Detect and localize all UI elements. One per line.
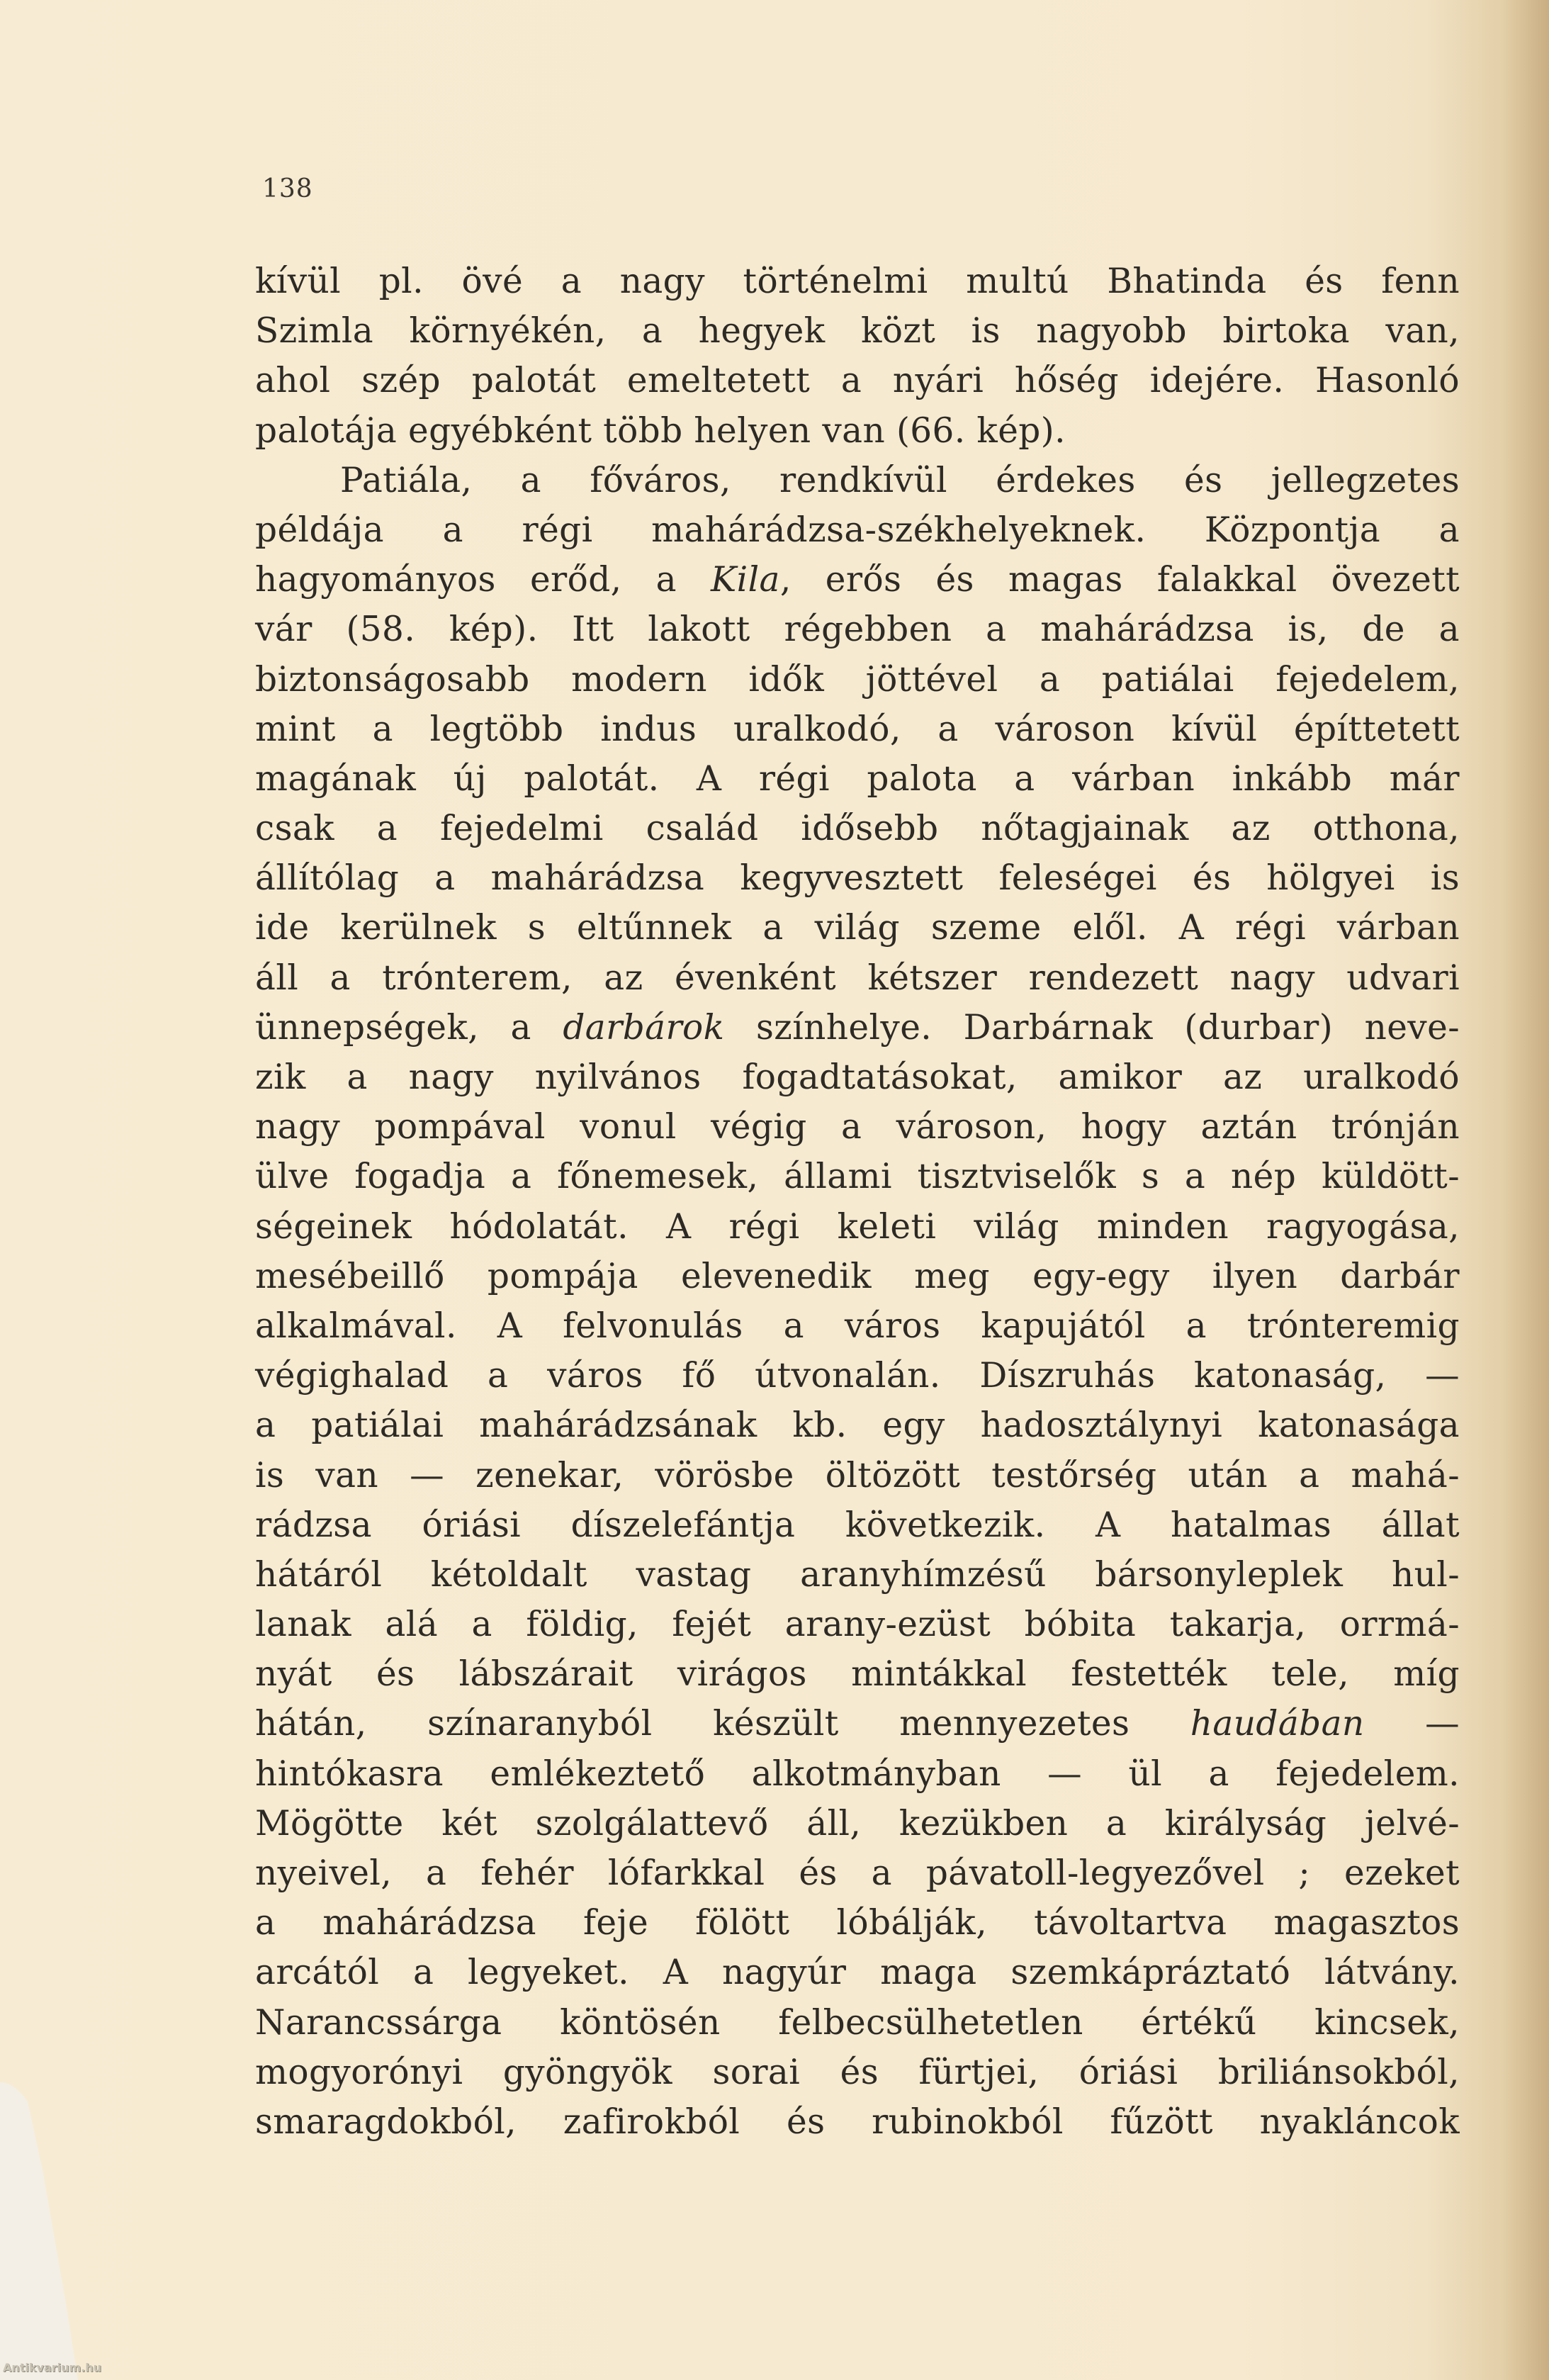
text-line: Patiála, a főváros, rendkívül érdekes és… (255, 456, 1460, 505)
text-line: a patiálai mahárádzsának kb. egy hadoszt… (255, 1401, 1460, 1450)
text-segment: — (1365, 1704, 1460, 1744)
text-line: magának új palotát. A régi palota a várb… (255, 754, 1460, 804)
text-line: hátáról kétoldalt vastag aranyhímzésű bá… (255, 1550, 1460, 1600)
text-segment: hagyományos erőd, a (255, 560, 711, 600)
body-text: kívül pl. övé a nagy történelmi multú Bh… (255, 257, 1460, 2147)
text-line: is van — zenekar, vörösbe öltözött testő… (255, 1451, 1460, 1500)
text-line: nyeivel, a fehér lófarkkal és a pávatoll… (255, 1848, 1460, 1898)
text-line: állítólag a mahárádzsa kegyvesztett fele… (255, 853, 1460, 903)
text-line: ülve fogadja a főnemesek, állami tisztvi… (255, 1152, 1460, 1201)
text-line: lanak alá a földig, fejét arany-ezüst bó… (255, 1600, 1460, 1649)
text-line: végighalad a város fő útvonalán. Díszruh… (255, 1351, 1460, 1401)
text-line: hagyományos erőd, a Kila, erős és magas … (255, 555, 1460, 605)
text-line: alkalmával. A felvonulás a város kapuját… (255, 1301, 1460, 1351)
watermark: Antikvarium.hu (3, 2361, 101, 2374)
text-line: áll a trónterem, az évenként kétszer ren… (255, 953, 1460, 1003)
text-segment: színhelye. Darbárnak (durbar) neve- (724, 1008, 1460, 1048)
text-line: mint a legtöbb indus uralkodó, a városon… (255, 705, 1460, 754)
italic-term: haudában (1190, 1704, 1365, 1744)
text-line: nyát és lábszárait virágos mintákkal fes… (255, 1649, 1460, 1699)
text-line: mesébeillő pompája elevenedik meg egy-eg… (255, 1252, 1460, 1301)
italic-term: Kila (711, 560, 780, 600)
page-corner-fold (0, 2082, 78, 2380)
text-segment: ünnepségek, a (255, 1008, 563, 1048)
text-line: a mahárádzsa feje fölött lóbálják, távol… (255, 1898, 1460, 1948)
text-segment: hátán, színaranyból készült mennyezetes (255, 1704, 1190, 1744)
text-line: példája a régi mahárádzsa-székhelyeknek.… (255, 505, 1460, 555)
book-page: 138 kívül pl. övé a nagy történelmi mult… (0, 0, 1549, 2380)
text-line: hintókasra emlékeztető alkotmányban — ül… (255, 1749, 1460, 1799)
text-line: kívül pl. övé a nagy történelmi multú Bh… (255, 257, 1460, 306)
text-line: ségeinek hódolatát. A régi keleti világ … (255, 1202, 1460, 1252)
text-segment: , erős és magas falakkal övezett (780, 560, 1460, 600)
text-line: Mögötte két szolgálattevő áll, kezükben … (255, 1799, 1460, 1848)
text-line: hátán, színaranyból készült mennyezetes … (255, 1699, 1460, 1748)
text-line: vár (58. kép). Itt lakott régebben a mah… (255, 605, 1460, 654)
text-line: smaragdokból, zafirokból és rubinokból f… (255, 2097, 1460, 2147)
text-line: csak a fejedelmi család idősebb nőtagjai… (255, 804, 1460, 853)
text-line: arcától a legyeket. A nagyúr maga szemká… (255, 1948, 1460, 1997)
text-line: Narancssárga köntösén felbecsülhetetlen … (255, 1998, 1460, 2048)
text-line: ide kerülnek s eltűnnek a világ szeme el… (255, 903, 1460, 953)
text-line: palotája egyébként több helyen van (66. … (255, 406, 1460, 456)
text-line: rádzsa óriási díszelefántja következik. … (255, 1500, 1460, 1550)
page-number: 138 (262, 174, 313, 203)
text-line: Szimla környékén, a hegyek közt is nagyo… (255, 306, 1460, 356)
text-line: mogyorónyi gyöngyök sorai és fürtjei, ór… (255, 2048, 1460, 2097)
text-line: ahol szép palotát emeltetett a nyári hős… (255, 356, 1460, 405)
text-line: ünnepségek, a darbárok színhelye. Darbár… (255, 1003, 1460, 1053)
text-line: zik a nagy nyilvános fogadtatásokat, ami… (255, 1053, 1460, 1102)
text-line: nagy pompával vonul végig a városon, hog… (255, 1102, 1460, 1152)
italic-term: darbárok (563, 1008, 724, 1048)
text-line: biztonságosabb modern idők jöttével a pa… (255, 655, 1460, 705)
